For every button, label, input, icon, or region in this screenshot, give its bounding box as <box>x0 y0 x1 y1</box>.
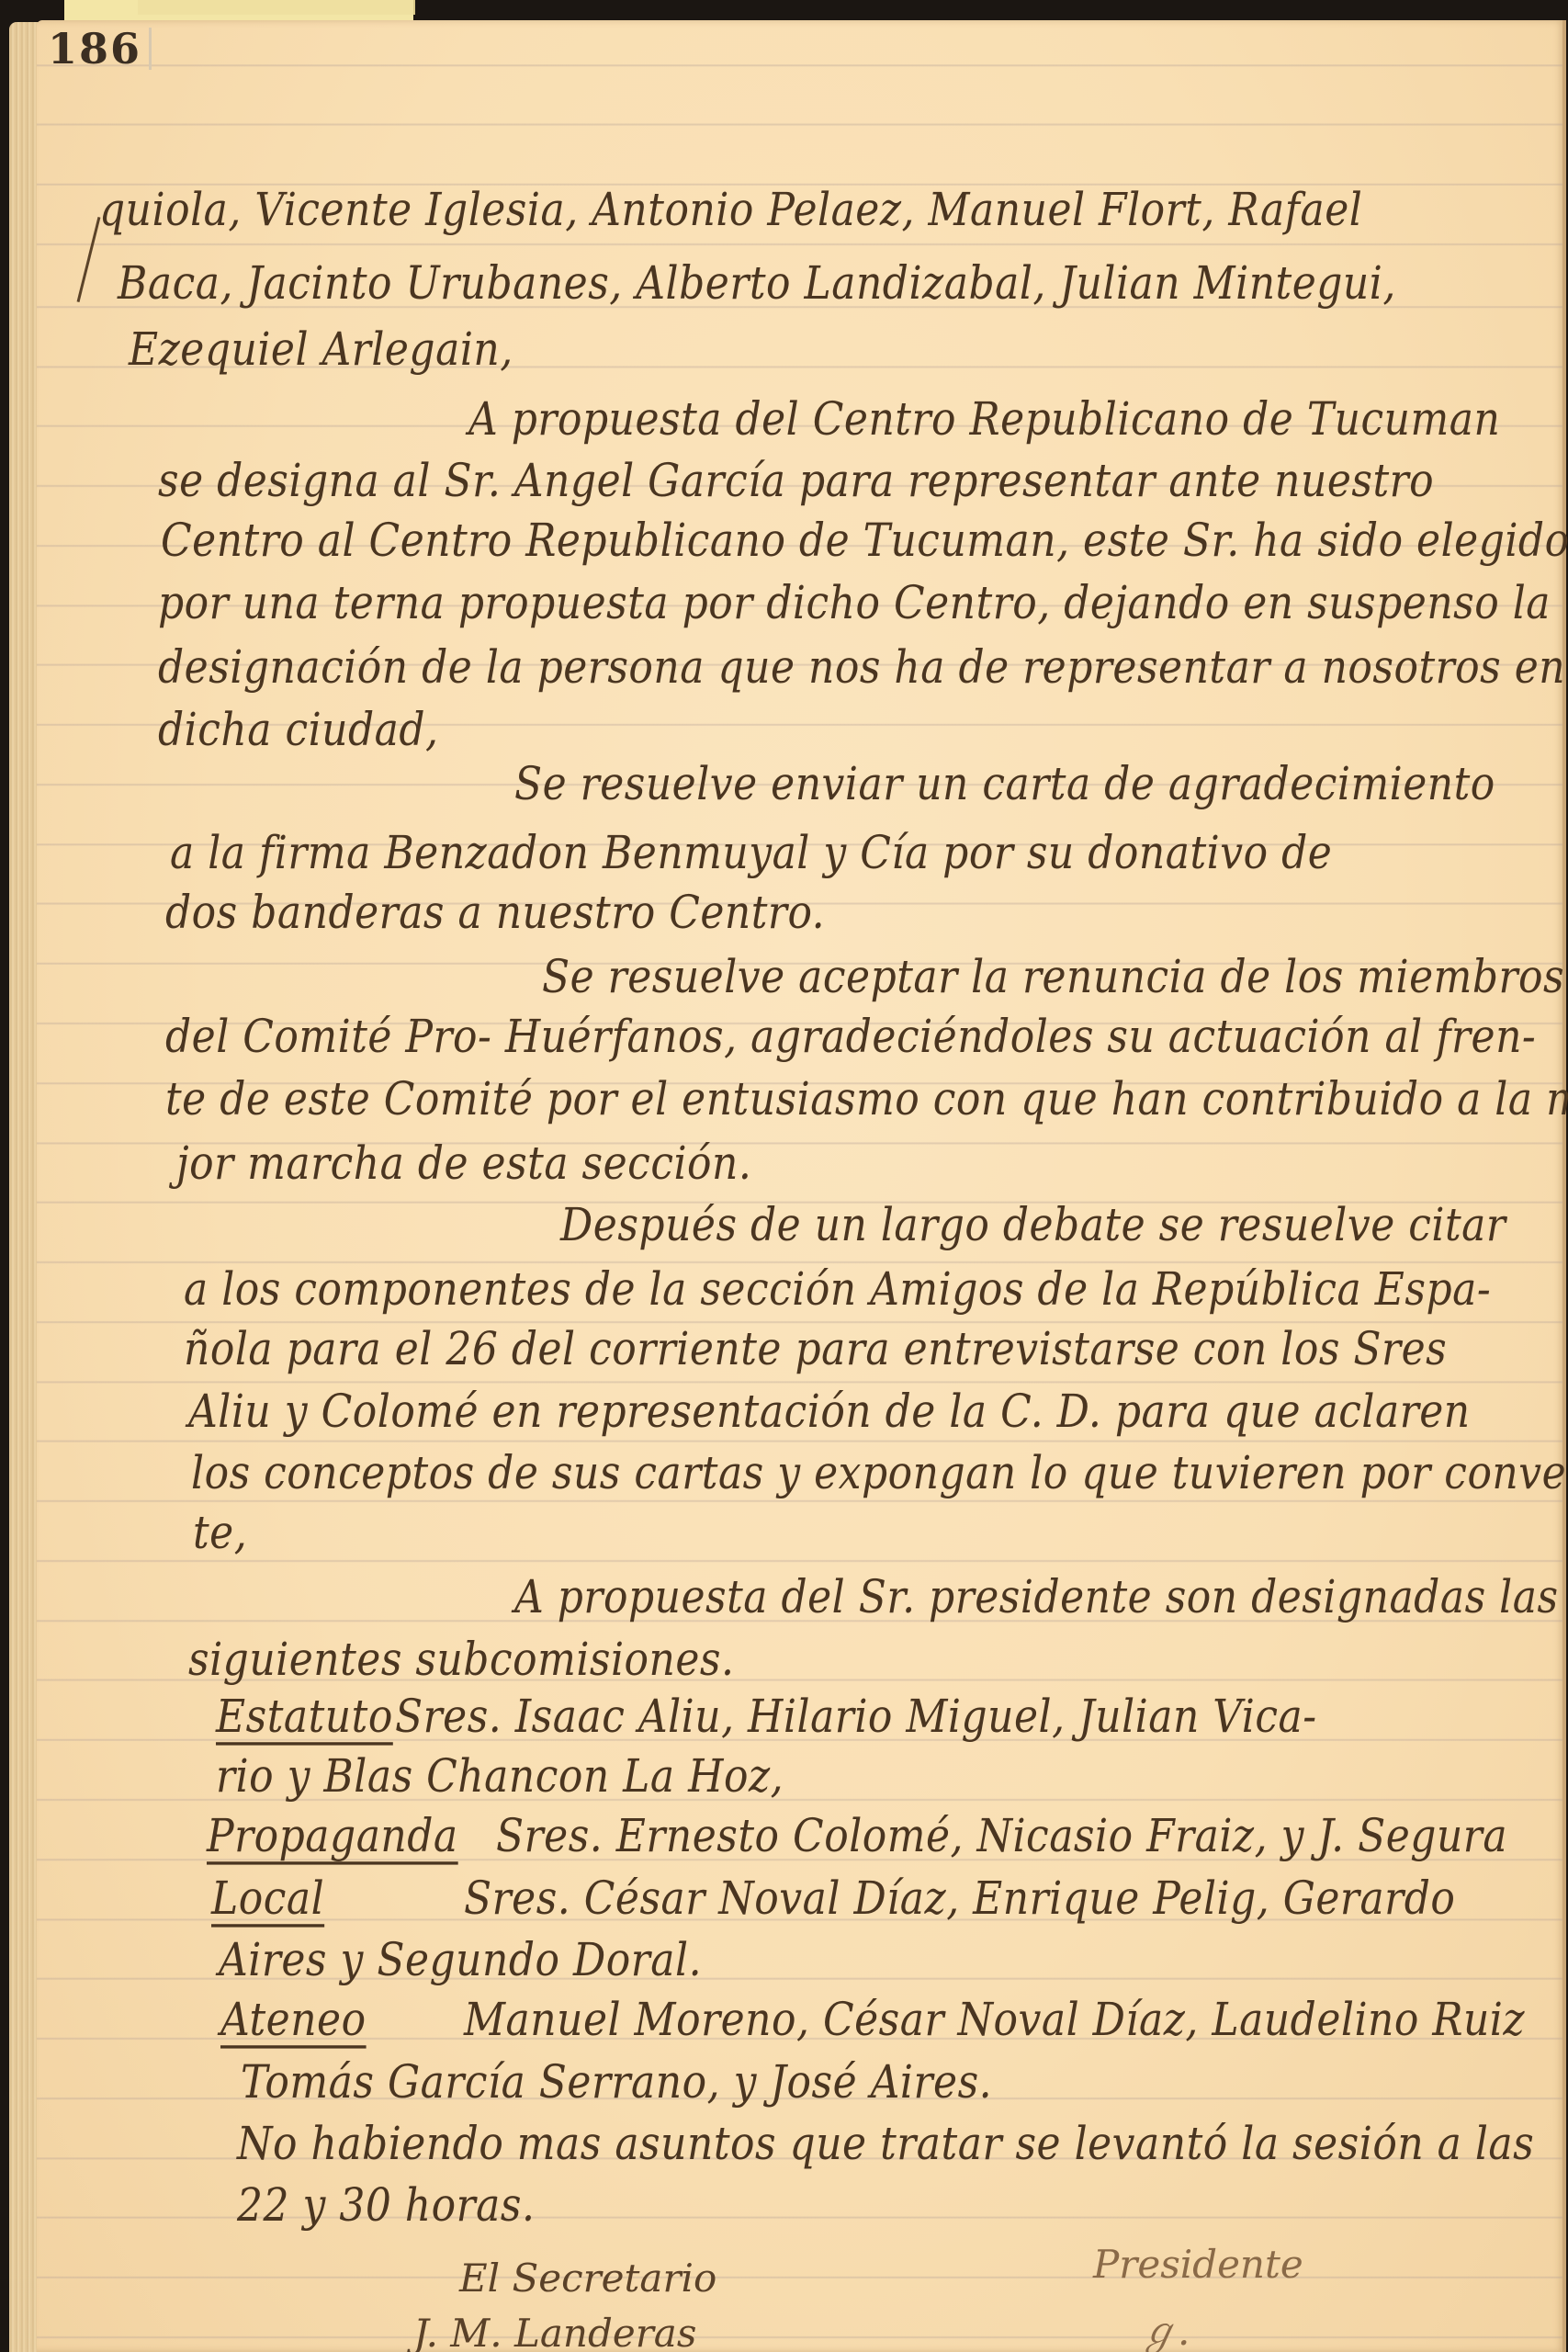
text-line: quiola, Vicente Iglesia, Antonio Pelaez,… <box>99 188 1362 233</box>
page-number: 186 <box>48 28 152 70</box>
subcommittee-heading-estatuto: Estatuto <box>216 1695 393 1740</box>
text-line: ñola para el 26 del corriente para entre… <box>184 1328 1447 1373</box>
text-line: designación de la persona que nos ha de … <box>158 646 1565 691</box>
text-line: a los componentes de la sección Amigos d… <box>184 1268 1491 1313</box>
text-line: del Comité Pro- Huérfanos, agradeciéndol… <box>165 1015 1536 1060</box>
text-line: Se resuelve enviar un carta de agradecim… <box>514 763 1495 808</box>
text-line: Manuel Moreno, César Noval Díaz, Laudeli… <box>464 1998 1525 2043</box>
text-line: jor marcha de esta sección. <box>176 1142 751 1187</box>
text-line: 22 y 30 horas. <box>237 2184 535 2229</box>
text-line: dos banderas a nuestro Centro. <box>165 891 825 936</box>
subcommittee-heading-local: Local <box>211 1877 324 1922</box>
president-title: Presidente <box>1093 2242 1303 2287</box>
secretary-signature: J. M. Landeras <box>413 2311 696 2352</box>
secretary-title: El Secretario <box>459 2256 716 2301</box>
text-line: a la firma Benzadon Benmuyal y Cía por s… <box>170 831 1332 876</box>
text-line: por una terna propuesta por dicho Centro… <box>158 582 1551 627</box>
text-line: Aires y Segundo Doral. <box>219 1939 702 1984</box>
text-line: Se resuelve aceptar la renuncia de los m… <box>542 955 1564 1001</box>
text-line: No habiendo mas asuntos que tratar se le… <box>237 2122 1534 2167</box>
subcommittee-heading-propaganda: Propaganda <box>207 1815 458 1860</box>
scanned-ledger-page: 186 quiola, Vicente Iglesia, Antonio Pel… <box>0 0 1568 2352</box>
text-line: Sres. César Noval Díaz, Enrique Pelig, G… <box>464 1877 1455 1922</box>
page-edge <box>1562 20 1566 2352</box>
text-line: siguientes subcomisiones. <box>188 1638 735 1683</box>
text-line: se designa al Sr. Angel García para repr… <box>158 459 1434 504</box>
subcommittee-heading-ateneo: Ateneo <box>220 1998 367 2043</box>
text-line: Después de un largo debate se resuelve c… <box>560 1204 1506 1249</box>
text-line: te, <box>193 1511 247 1556</box>
text-line: los conceptos de sus cartas y expongan l… <box>191 1452 1568 1497</box>
text-line: te de este Comité por el entusiasmo con … <box>165 1078 1568 1123</box>
text-line: Baca, Jacinto Urubanes, Alberto Landizab… <box>118 262 1396 307</box>
text-line: Ezequiel Arlegain, <box>129 328 513 373</box>
text-line: Sres. Ernesto Colomé, Nicasio Fraiz, y J… <box>496 1815 1507 1860</box>
text-line: A propuesta del Centro Republicano de Tu… <box>468 398 1500 443</box>
text-line: Tomás García Serrano, y José Aires. <box>241 2061 992 2106</box>
text-line: rio y Blas Chancon La Hoz, <box>216 1755 784 1800</box>
text-line: dicha ciudad, <box>158 708 439 753</box>
text-line: Aliu y Colomé en representación de la C.… <box>188 1390 1471 1435</box>
text-line: Sres. Isaac Aliu, Hilario Miguel, Julian… <box>395 1695 1317 1740</box>
text-line: A propuesta del Sr. presidente son desig… <box>514 1576 1559 1621</box>
paper-slip-inner <box>138 0 415 15</box>
text-line: Centro al Centro Republicano de Tucuman,… <box>161 519 1568 564</box>
president-signature: ℊ. <box>1139 2301 1190 2352</box>
